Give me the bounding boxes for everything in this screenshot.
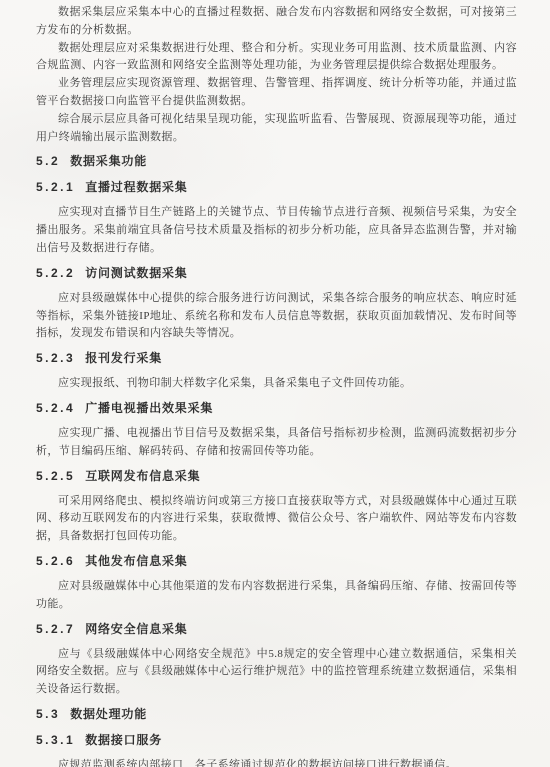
section-number: 5.2.6 [36, 554, 75, 568]
section-paragraph: 应实现对直播节目生产链路上的关键节点、节目传输节点进行音频、视频信号采集，为安全… [36, 204, 517, 257]
section-number: 5.2 [36, 154, 60, 168]
section-heading: 5.2.3报刊发行采集 [36, 349, 517, 367]
section-heading: 5.2.2访问测试数据采集 [36, 264, 517, 282]
section-number: 5.3.1 [36, 733, 75, 747]
section-heading: 5.2.1直播过程数据采集 [36, 178, 517, 196]
section-title: 广播电视播出效果采集 [85, 401, 213, 415]
section-heading: 5.3.1数据接口服务 [36, 731, 517, 749]
section-title: 数据采集功能 [70, 154, 147, 168]
section-title: 直播过程数据采集 [85, 180, 187, 194]
section-paragraph: 可采用网络爬虫、模拟终端访问或第三方接口直接获取等方式，对县级融媒体中心通过互联… [36, 493, 517, 546]
section-paragraph: 应与《县级融媒体中心网络安全规范》中5.8规定的安全管理中心建立数据通信，采集相… [36, 646, 517, 699]
section-title: 其他发布信息采集 [85, 554, 187, 568]
section-heading: 5.2.5互联网发布信息采集 [36, 467, 517, 485]
section-title: 数据处理功能 [70, 707, 147, 721]
section-heading: 5.2.6其他发布信息采集 [36, 552, 517, 570]
section-number: 5.2.3 [36, 351, 75, 365]
section-heading: 5.2.7网络安全信息采集 [36, 620, 517, 638]
section-paragraph: 应实现广播、电视播出节目信号及数据采集，具备信号指标初步检测，监测码流数据初步分… [36, 425, 517, 461]
sections-container: 5.2数据采集功能5.2.1直播过程数据采集应实现对直播节目生产链路上的关键节点… [36, 152, 517, 767]
intro-paragraph: 综合展示层应具备可视化结果呈现功能，实现监听监看、告警展现、资源展现等功能，通过… [36, 111, 517, 147]
section-heading: 5.3数据处理功能 [36, 705, 517, 723]
section-title: 互联网发布信息采集 [85, 469, 200, 483]
section-title: 访问测试数据采集 [85, 266, 187, 280]
section-paragraph: 应对县级融媒体中心提供的综合服务进行访问测试，采集各综合服务的响应状态、响应时延… [36, 290, 517, 343]
section-paragraph: 应实现报纸、刊物印制大样数字化采集，具备采集电子文件回传功能。 [36, 375, 517, 393]
document-page: 数据采集层应采集本中心的直播过程数据、融合发布内容数据和网络安全数据，可对接第三… [0, 0, 550, 767]
intro-paragraph: 数据处理层应对采集数据进行处理、整合和分析。实现业务可用监测、技术质量监测、内容… [36, 40, 517, 76]
section-number: 5.2.5 [36, 469, 75, 483]
section-heading: 5.2数据采集功能 [36, 152, 517, 170]
section-number: 5.2.7 [36, 622, 75, 636]
section-title: 数据接口服务 [85, 733, 162, 747]
section-title: 网络安全信息采集 [85, 622, 187, 636]
section-number: 5.3 [36, 707, 60, 721]
section-paragraph: 应对县级融媒体中心其他渠道的发布内容数据进行采集，具备编码压缩、存储、按需回传等… [36, 578, 517, 614]
intro-paragraph: 业务管理层应实现资源管理、数据管理、告警管理、指挥调度、统计分析等功能，并通过监… [36, 75, 517, 111]
section-title: 报刊发行采集 [85, 351, 162, 365]
section-number: 5.2.1 [36, 180, 75, 194]
intro-paragraph: 数据采集层应采集本中心的直播过程数据、融合发布内容数据和网络安全数据，可对接第三… [36, 4, 517, 40]
section-number: 5.2.4 [36, 401, 75, 415]
intro-block: 数据采集层应采集本中心的直播过程数据、融合发布内容数据和网络安全数据，可对接第三… [36, 4, 517, 146]
section-paragraph: 应规范监测系统内部接口，各子系统通过规范化的数据访问接口进行数据通信。 [36, 757, 517, 767]
section-heading: 5.2.4广播电视播出效果采集 [36, 399, 517, 417]
section-number: 5.2.2 [36, 266, 75, 280]
